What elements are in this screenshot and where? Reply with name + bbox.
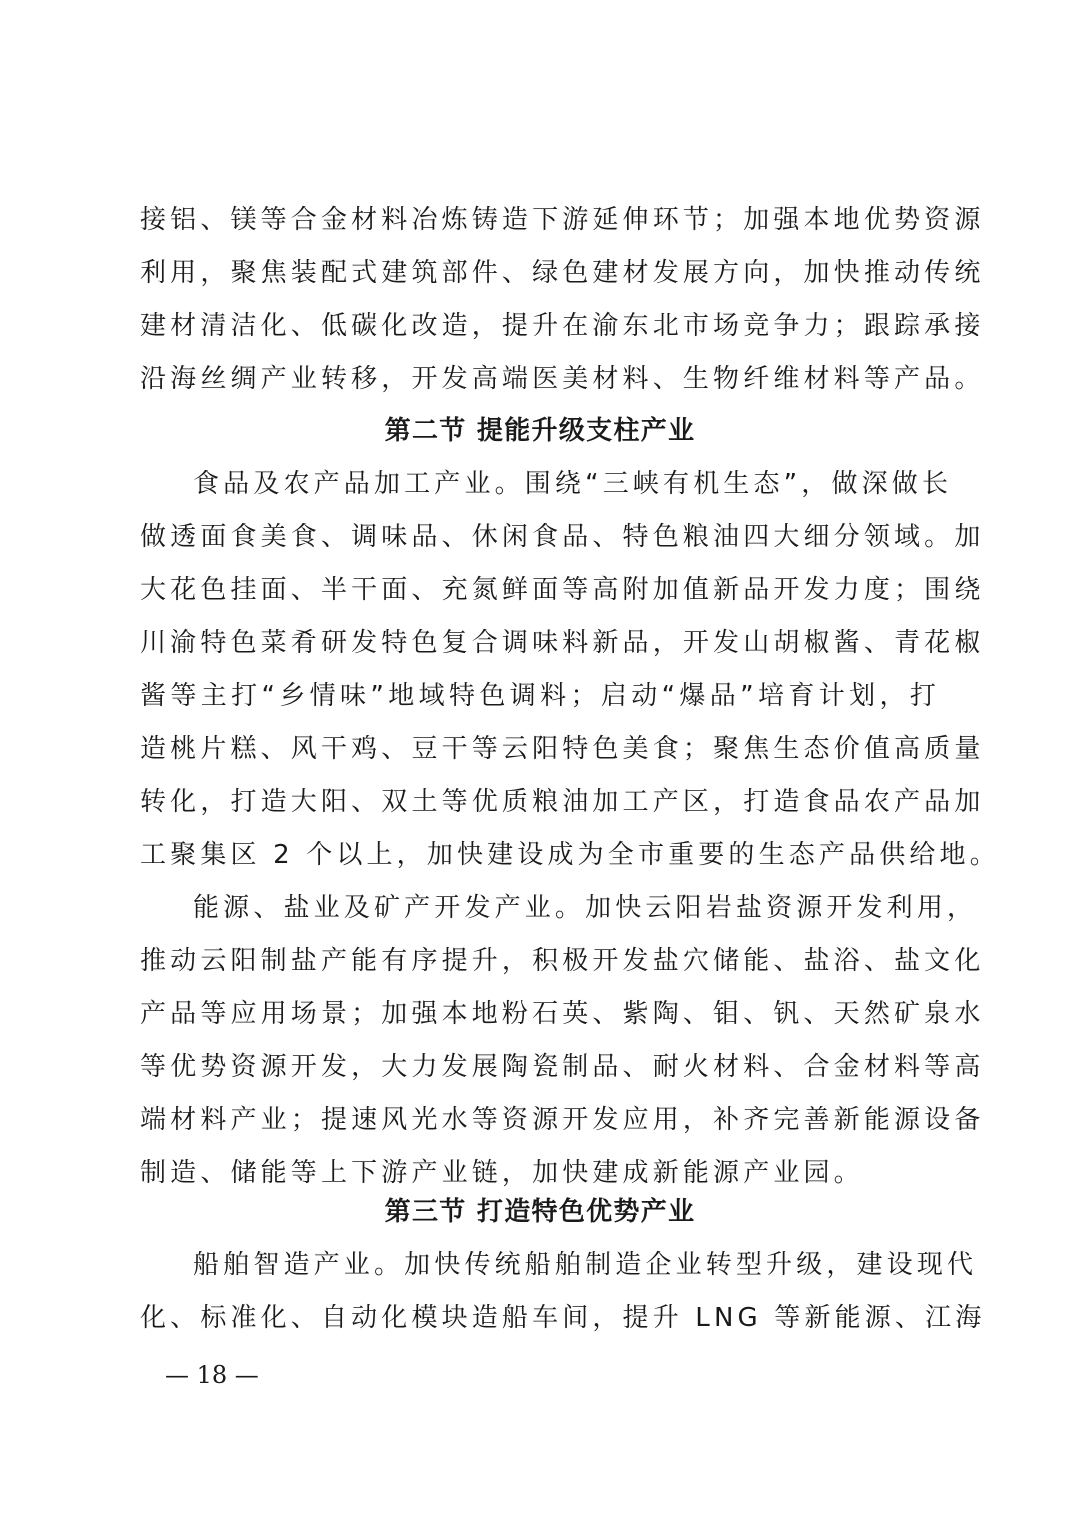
paragraph-line: 等优势资源开发，大力发展陶瓷制品、耐火材料、合金材料等高: [140, 1041, 940, 1094]
page-number: — 18 —: [165, 1355, 259, 1395]
paragraph-line: 做透面食美食、调味品、休闲食品、特色粮油四大细分领域。加: [140, 511, 940, 564]
paragraph-line: 酱等主打“乡情味”地域特色调料；启动“爆品”培育计划，打: [140, 670, 940, 723]
section-heading: 第三节 打造特色优势产业: [140, 1186, 940, 1239]
paragraph-line: 工聚集区 2 个以上，加快建设成为全市重要的生态产品供给地。: [140, 829, 940, 882]
document-page: 接铝、镁等合金材料冶炼铸造下游延伸环节；加强本地优势资源 利用，聚焦装配式建筑部…: [0, 0, 1074, 1520]
paragraph-line: 转化，打造大阳、双土等优质粮油加工产区，打造食品农产品加: [140, 776, 940, 829]
paragraph-line: 能源、盐业及矿产开发产业。加快云阳岩盐资源开发利用，: [193, 882, 940, 935]
paragraph-line: 利用，聚焦装配式建筑部件、绿色建材发展方向，加快推动传统: [140, 247, 940, 300]
paragraph-line: 大花色挂面、半干面、充氮鲜面等高附加值新品开发力度；围绕: [140, 564, 940, 617]
paragraph-line: 化、标准化、自动化模块造船车间，提升 LNG 等新能源、江海: [140, 1292, 940, 1345]
paragraph-line: 造桃片糕、风干鸡、豆干等云阳特色美食；聚焦生态价值高质量: [140, 723, 940, 776]
paragraph-line: 食品及农产品加工产业。围绕“三峡有机生态”，做深做长: [193, 458, 940, 511]
paragraph-line: 船舶智造产业。加快传统船舶制造企业转型升级，建设现代: [193, 1239, 940, 1292]
paragraph-line: 川渝特色菜肴研发特色复合调味料新品，开发山胡椒酱、青花椒: [140, 617, 940, 670]
section-heading: 第二节 提能升级支柱产业: [140, 405, 940, 458]
paragraph-line: 建材清洁化、低碳化改造，提升在渝东北市场竞争力；跟踪承接: [140, 300, 940, 353]
paragraph-line: 推动云阳制盐产能有序提升，积极开发盐穴储能、盐浴、盐文化: [140, 935, 940, 988]
paragraph-line: 产品等应用场景；加强本地粉石英、紫陶、钼、钒、天然矿泉水: [140, 988, 940, 1041]
paragraph-line: 接铝、镁等合金材料冶炼铸造下游延伸环节；加强本地优势资源: [140, 194, 940, 247]
paragraph-line: 端材料产业；提速风光水等资源开发应用，补齐完善新能源设备: [140, 1094, 940, 1147]
paragraph-line: 沿海丝绸产业转移，开发高端医美材料、生物纤维材料等产品。: [140, 353, 940, 406]
